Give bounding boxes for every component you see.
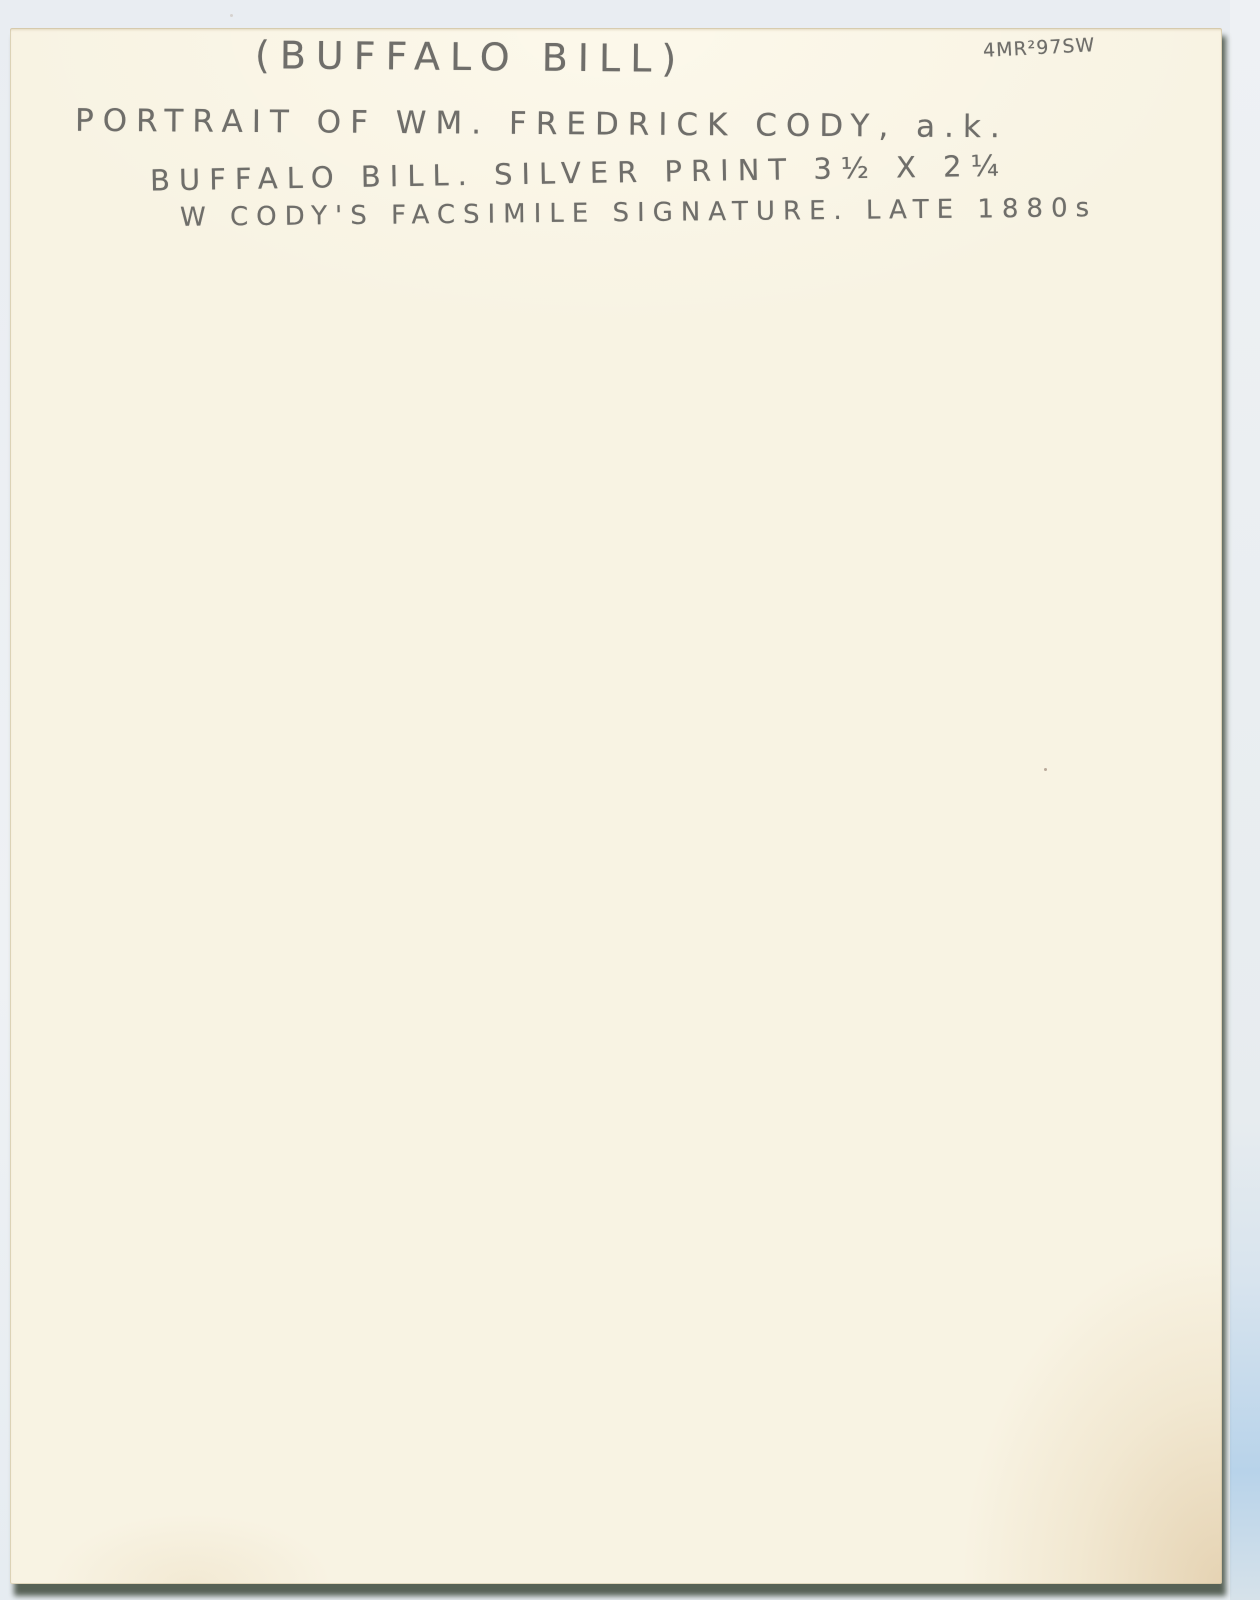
paper-speck	[230, 14, 233, 17]
photo-mount-card	[10, 28, 1222, 1584]
handwritten-title: (BUFFALO BILL)	[255, 33, 687, 81]
scan-background-edge	[1230, 0, 1260, 1600]
handwritten-description-line-1: PORTRAIT OF WM. FREDRICK CODY, a.k.	[75, 103, 1009, 146]
paper-speck	[1044, 768, 1047, 771]
